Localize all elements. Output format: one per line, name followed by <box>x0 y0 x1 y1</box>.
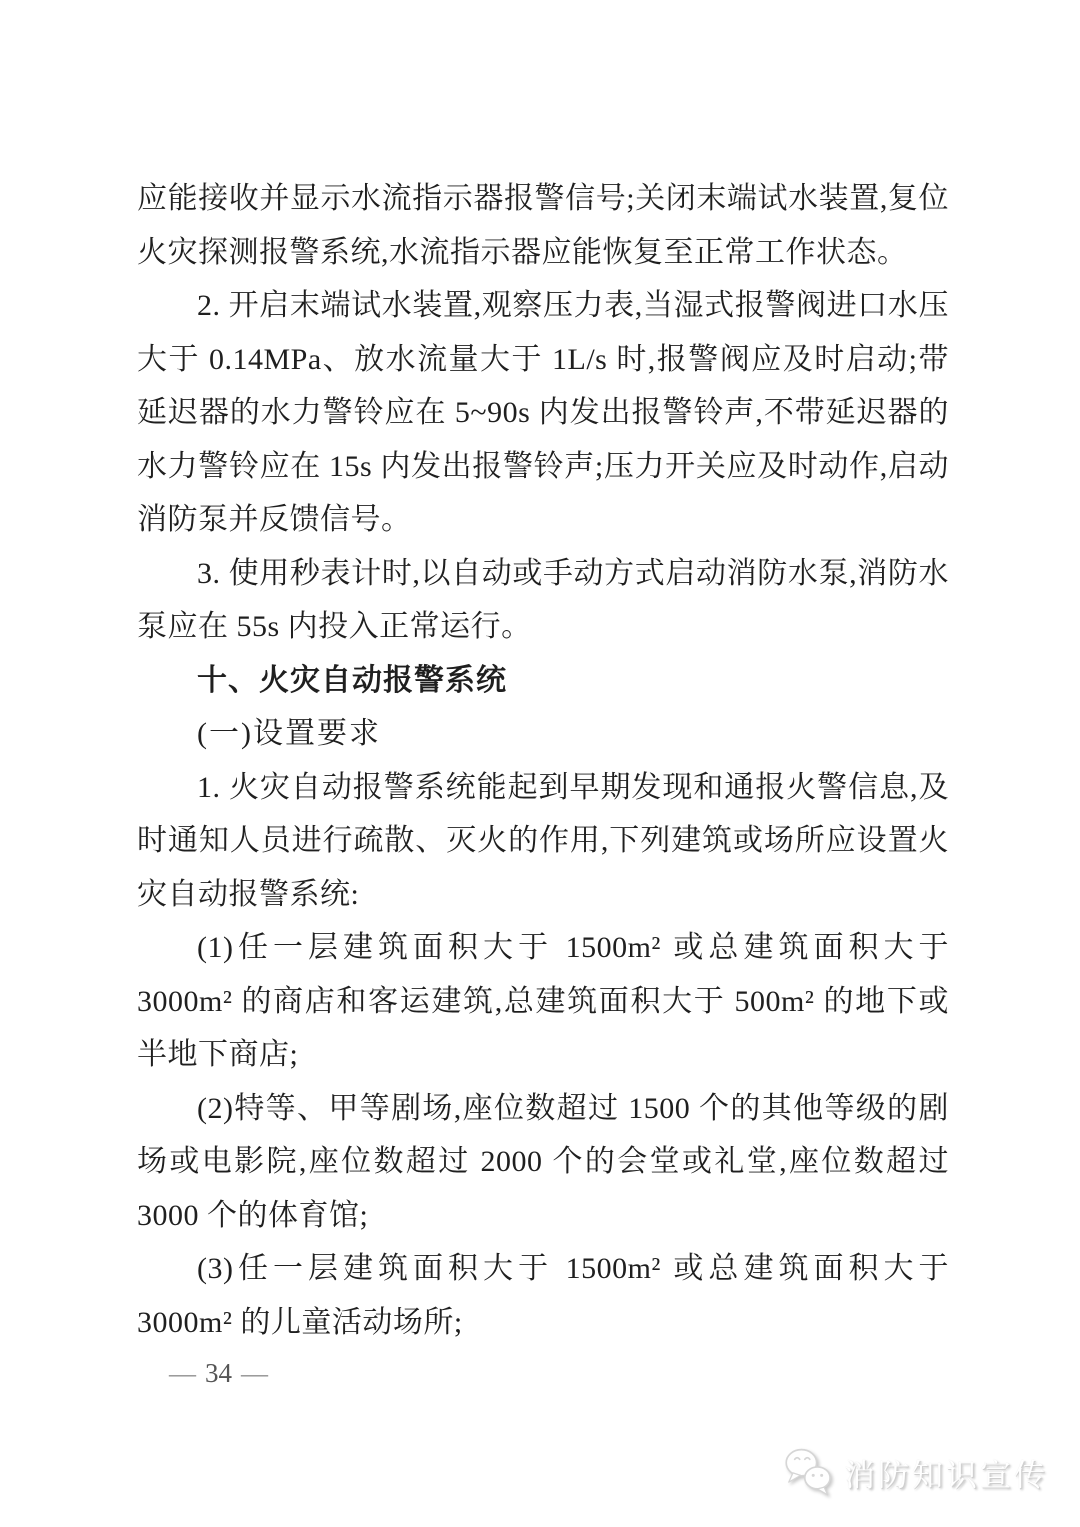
page-number: 34 <box>205 1358 232 1388</box>
section-heading: 十、火灾自动报警系统 <box>137 654 949 708</box>
document-body: 应能接收并显示水流指示器报警信号;关闭末端试水装置,复位火灾探测报警系统,水流指… <box>137 172 949 1349</box>
subsection-heading: (一)设置要求 <box>137 707 949 761</box>
paragraph: 3. 使用秒表计时,以自动或手动方式启动消防水泵,消防水泵应在 55s 内投入正… <box>137 547 949 654</box>
footer-dash-right: — <box>232 1358 277 1388</box>
document-page: 应能接收并显示水流指示器报警信号;关闭末端试水装置,复位火灾探测报警系统,水流指… <box>0 0 1080 1527</box>
paragraph: (3)任一层建筑面积大于 1500m² 或总建筑面积大于 3000m² 的儿童活… <box>137 1242 949 1349</box>
paragraph: 应能接收并显示水流指示器报警信号;关闭末端试水装置,复位火灾探测报警系统,水流指… <box>137 172 949 279</box>
wechat-icon <box>782 1445 836 1499</box>
paragraph: (1)任一层建筑面积大于 1500m² 或总建筑面积大于 3000m² 的商店和… <box>137 921 949 1082</box>
page-footer: —34— <box>160 1356 277 1390</box>
paragraph: 1. 火灾自动报警系统能起到早期发现和通报火警信息,及时通知人员进行疏散、灭火的… <box>137 761 949 922</box>
footer-dash-left: — <box>160 1358 205 1388</box>
watermark-label: 消防知识宣传 <box>844 1450 1048 1495</box>
paragraph: (2)特等、甲等剧场,座位数超过 1500 个的其他等级的剧场或电影院,座位数超… <box>137 1082 949 1243</box>
paragraph: 2. 开启末端试水装置,观察压力表,当湿式报警阀进口水压大于 0.14MPa、放… <box>137 279 949 547</box>
watermark: 消防知识宣传 <box>782 1445 1048 1499</box>
